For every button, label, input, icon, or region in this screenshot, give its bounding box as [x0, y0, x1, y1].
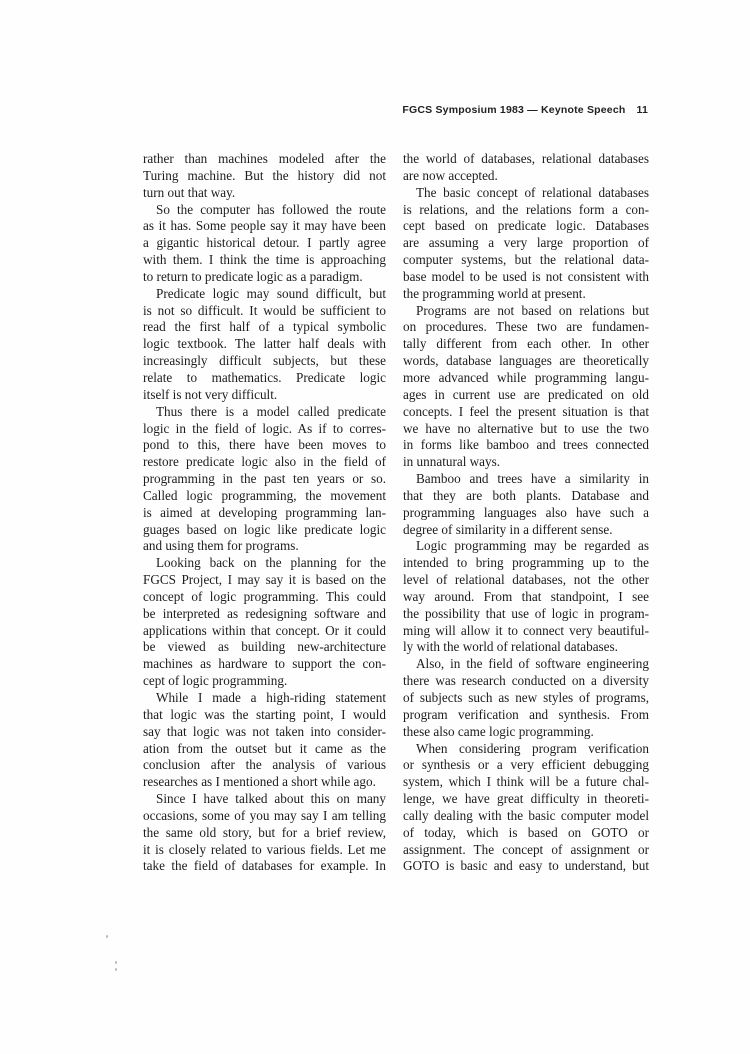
paragraph: Programs are not based on relations buto…	[403, 303, 649, 471]
text-line: conclusion after the analysis of various	[143, 757, 386, 774]
text-line: lenge, we have great difficulty in theor…	[403, 791, 649, 808]
page-number: 11	[637, 104, 649, 116]
text-line: pond to this, there have been moves to	[143, 437, 386, 454]
text-line: the same old story, but for a brief revi…	[143, 825, 386, 842]
text-line: FGCS Project, I may say it is based on t…	[143, 572, 386, 589]
text-line: occasions, some of you may say I am tell…	[143, 808, 386, 825]
text-line: researches as I mentioned a short while …	[143, 774, 386, 791]
text-line: Called logic programming, the movement	[143, 488, 386, 505]
paragraph: rather than machines modeled after theTu…	[143, 151, 386, 202]
running-header: FGCS Symposium 1983 — Keynote Speech11	[0, 104, 648, 116]
text-line: in forms like bamboo and trees connected	[403, 437, 649, 454]
text-line: intended to bring programming up to the	[403, 555, 649, 572]
text-line: there was research conducted on a divers…	[403, 673, 649, 690]
text-line: that they are both plants. Database and	[403, 488, 649, 505]
text-line: While I made a high-riding statement	[143, 690, 386, 707]
text-line: way around. From that standpoint, I see	[403, 589, 649, 606]
text-line: of today, which is based on GOTO or	[403, 825, 649, 842]
text-line: in unnatural ways.	[403, 454, 649, 471]
text-line: are assuming a very large proportion of	[403, 235, 649, 252]
text-line: programming languages also have such a	[403, 505, 649, 522]
text-line: more advanced while programming langu-	[403, 370, 649, 387]
text-line: program verification and synthesis. From	[403, 707, 649, 724]
text-line: concept of logic programming. This could	[143, 589, 386, 606]
text-line: increasingly difficult subjects, but the…	[143, 353, 386, 370]
column-left: rather than machines modeled after theTu…	[143, 151, 386, 875]
scan-speck	[106, 935, 108, 938]
paragraph: Thus there is a model called predicatelo…	[143, 404, 386, 556]
text-line: logic in the field of logic. As if to co…	[143, 421, 386, 438]
text-line: system, which I think will be a future c…	[403, 774, 649, 791]
text-line: or synthesis or a very efficient debuggi…	[403, 757, 649, 774]
text-line: Predicate logic may sound difficult, but	[143, 286, 386, 303]
text-line: tally different from each other. In othe…	[403, 336, 649, 353]
text-line: computer systems, but the relational dat…	[403, 252, 649, 269]
text-line: programming in the past ten years or so.	[143, 471, 386, 488]
text-line: cally dealing with the basic computer mo…	[403, 808, 649, 825]
text-line: rather than machines modeled after the	[143, 151, 386, 168]
text-line: Also, in the field of software engineeri…	[403, 656, 649, 673]
text-line: So the computer has followed the route	[143, 202, 386, 219]
text-line: are now accepted.	[403, 168, 649, 185]
text-line: guages based on logic like predicate log…	[143, 522, 386, 539]
text-line: ming will allow it to connect very beaut…	[403, 623, 649, 640]
paragraph: The basic concept of relational database…	[403, 185, 649, 303]
text-line: Thus there is a model called predicate	[143, 404, 386, 421]
document-page: FGCS Symposium 1983 — Keynote Speech11 r…	[0, 0, 750, 1054]
text-line: Turing machine. But the history did not	[143, 168, 386, 185]
text-line: read the first half of a typical symboli…	[143, 319, 386, 336]
text-line: ation from the outset but it came as the	[143, 741, 386, 758]
text-line: The basic concept of relational database…	[403, 185, 649, 202]
text-line: words, database languages are theoretica…	[403, 353, 649, 370]
text-line: Since I have talked about this on many	[143, 791, 386, 808]
text-line: take the field of databases for example.…	[143, 858, 386, 875]
paragraph: Logic programming may be regarded asinte…	[403, 538, 649, 656]
text-line: of subjects such as new styles of progra…	[403, 690, 649, 707]
text-line: GOTO is basic and easy to understand, bu…	[403, 858, 649, 875]
text-line: is aimed at developing programming lan-	[143, 505, 386, 522]
text-line: degree of similarity in a different sens…	[403, 522, 649, 539]
text-line: Looking back on the planning for the	[143, 555, 386, 572]
text-line: it is closely related to various fields.…	[143, 842, 386, 859]
paragraph: Bamboo and trees have a similarity intha…	[403, 471, 649, 538]
text-line: be interpreted as redesigning software a…	[143, 606, 386, 623]
text-line: these also came logic programming.	[403, 724, 649, 741]
text-line: relate to mathematics. Predicate logic	[143, 370, 386, 387]
text-line: and using them for programs.	[143, 538, 386, 555]
text-line: be viewed as building new-architecture	[143, 639, 386, 656]
paragraph: Since I have talked about this on manyoc…	[143, 791, 386, 875]
text-line: we have no alternative but to use the tw…	[403, 421, 649, 438]
text-line: base model to be used is not consistent …	[403, 269, 649, 286]
text-line: a gigantic historical detour. I partly a…	[143, 235, 386, 252]
paragraph: So the computer has followed the routeas…	[143, 202, 386, 286]
paragraph: the world of databases, relational datab…	[403, 151, 649, 185]
text-line: that logic was the starting point, I wou…	[143, 707, 386, 724]
text-line: turn out that way.	[143, 185, 386, 202]
scan-speck	[115, 961, 117, 964]
text-line: Bamboo and trees have a similarity in	[403, 471, 649, 488]
text-line: is not so difficult. It would be suffici…	[143, 303, 386, 320]
scan-speck	[115, 968, 117, 971]
text-line: cept of logic programming.	[143, 673, 386, 690]
paragraph: Also, in the field of software engineeri…	[403, 656, 649, 740]
text-line: on procedures. These two are fundamen-	[403, 319, 649, 336]
text-line: level of relational databases, not the o…	[403, 572, 649, 589]
text-line: cept based on predicate logic. Databases	[403, 218, 649, 235]
text-line: with them. I think the time is approachi…	[143, 252, 386, 269]
header-title: FGCS Symposium 1983 — Keynote Speech	[402, 104, 625, 116]
text-line: ages in current use are predicated on ol…	[403, 387, 649, 404]
text-line: When considering program verification	[403, 741, 649, 758]
text-line: to return to predicate logic as a paradi…	[143, 269, 386, 286]
paragraph: When considering program verificationor …	[403, 741, 649, 876]
text-line: ly with the world of relational database…	[403, 639, 649, 656]
text-line: is relations, and the relations form a c…	[403, 202, 649, 219]
text-line: restore predicate logic also in the fiel…	[143, 454, 386, 471]
text-line: itself is not very difficult.	[143, 387, 386, 404]
text-line: say that logic was not taken into consid…	[143, 724, 386, 741]
paragraph: Predicate logic may sound difficult, but…	[143, 286, 386, 404]
text-line: machines as hardware to support the con-	[143, 656, 386, 673]
paragraph: Looking back on the planning for theFGCS…	[143, 555, 386, 690]
text-line: logic textbook. The latter half deals wi…	[143, 336, 386, 353]
text-line: as it has. Some people say it may have b…	[143, 218, 386, 235]
text-line: applications within that concept. Or it …	[143, 623, 386, 640]
text-line: the world of databases, relational datab…	[403, 151, 649, 168]
text-line: Logic programming may be regarded as	[403, 538, 649, 555]
text-line: the programming world at present.	[403, 286, 649, 303]
text-line: Programs are not based on relations but	[403, 303, 649, 320]
text-line: assignment. The concept of assignment or	[403, 842, 649, 859]
column-right: the world of databases, relational datab…	[403, 151, 649, 875]
paragraph: While I made a high-riding statementthat…	[143, 690, 386, 791]
text-line: concepts. I feel the present situation i…	[403, 404, 649, 421]
text-line: the possibility that use of logic in pro…	[403, 606, 649, 623]
